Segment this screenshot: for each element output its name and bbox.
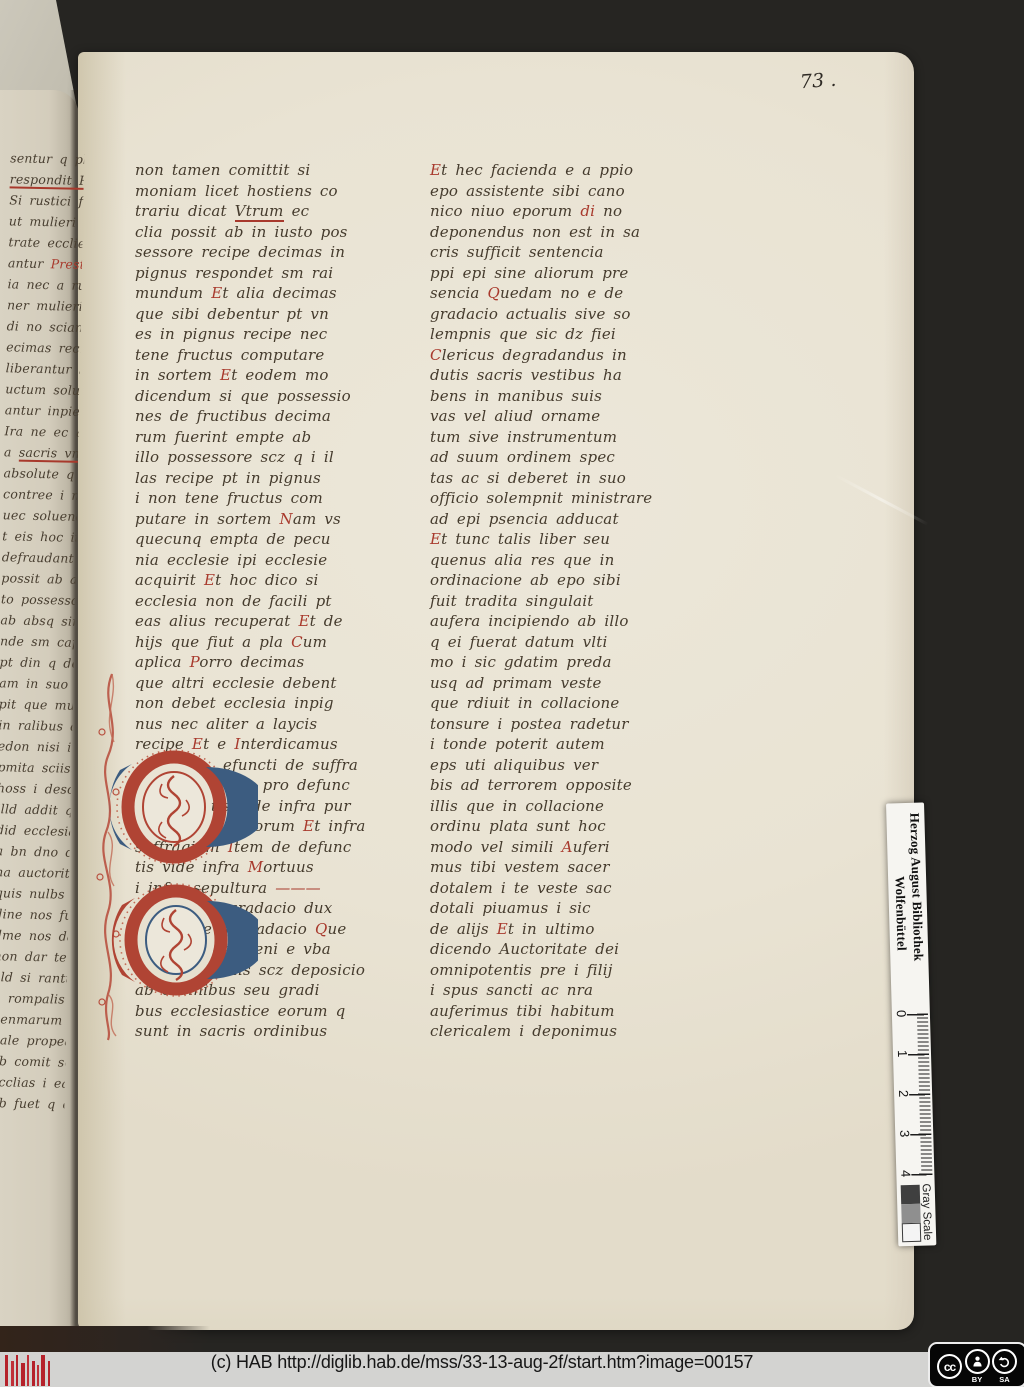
manuscript-line: tene fructus computare [135, 345, 415, 366]
manuscript-line: in sortem Et eodem mo [135, 365, 415, 386]
manuscript-line: bens in manibus suis [430, 386, 720, 407]
manuscript-line: dicendo Auctoritate dei [430, 939, 720, 960]
manuscript-line: uec soluendo nisi [2, 504, 76, 527]
manuscript-line: ner mulieribus ou [7, 294, 81, 317]
manuscript-line: nia ecclesie ipi ecclesie [135, 550, 415, 571]
margin-filigree-decoration [97, 674, 119, 1040]
manuscript-line: denmarum tue si [0, 1008, 66, 1031]
manuscript-line: clia possit ab in iusto pos [135, 222, 415, 243]
gray-scale-swatch-dark [901, 1185, 921, 1205]
manuscript-line: deponendus non est in sa [430, 222, 720, 243]
manuscript-line: eps uti aliquibus ver [430, 755, 720, 776]
gray-scale-swatch-mid [901, 1204, 921, 1224]
manuscript-line: lempnis que sic dz fiei [430, 324, 720, 345]
manuscript-line: ia nec a rusticis [7, 273, 81, 296]
manuscript-line: que sibi debentur pt vn [135, 304, 415, 325]
manuscript-line: i non tene fructus com [135, 488, 415, 509]
manuscript-line: Et hec facienda e a ppio [430, 160, 720, 181]
manuscript-line: illd addit q ss [0, 798, 71, 821]
manuscript-line: absolute q rusti [3, 462, 77, 485]
manuscript-line: Et tunc talis liber seu [430, 529, 720, 550]
manuscript-line: Clericus degradandus in [430, 345, 720, 366]
manuscript-line: tonsure i postea radetur [430, 714, 720, 735]
manuscript-line: rum fuerint empte ab [135, 427, 415, 448]
manuscript-line: sencia Quedam no e de [430, 283, 720, 304]
cc-by-icon [965, 1349, 990, 1374]
copyright-text: (c) HAB http://diglib.hab.de/mss/33-13-a… [0, 1352, 964, 1387]
cc-sa-icon [992, 1349, 1017, 1374]
manuscript-line: t eis hoc ita et [2, 525, 76, 548]
footer-bar: (c) HAB http://diglib.hab.de/mss/33-13-a… [0, 1352, 1024, 1387]
manuscript-line: mo i sic gdatim preda [430, 652, 720, 673]
manuscript-line: hoss i descindit [0, 777, 71, 800]
manuscript-line: respondit Raymu [10, 168, 84, 191]
manuscript-line: nde sm capitulum [0, 630, 74, 653]
manuscript-line: quis nulbs sue [0, 882, 69, 905]
manuscript-line: mus tibi vestem sacer [430, 857, 720, 878]
binding-shadow [0, 1326, 210, 1352]
manuscript-line: epo assistente sibi cano [430, 181, 720, 202]
manuscript-line: in ralibus dz [0, 714, 73, 737]
manuscript-line: q ei fuerat datum vlti [430, 632, 720, 653]
manuscript-line: es in pignus recipe nec [135, 324, 415, 345]
manuscript-line: clericalem i deponimus [430, 1021, 720, 1042]
manuscript-line: officio solempnit ministrare [430, 488, 720, 509]
ruler-number: 4 [898, 1166, 913, 1181]
manuscript-line: sentur q plurim [10, 147, 84, 170]
manuscript-line: vas vel aliud orname [430, 406, 720, 427]
manuscript-line: edon nisi i de ill [0, 735, 72, 758]
manuscript-line: dine nos fue q [0, 903, 69, 926]
manuscript-line: ordinacione ab epo sibi [430, 570, 720, 591]
manuscript-line: antur Prestim [8, 252, 82, 275]
manuscript-line: ecimas recipiun [6, 336, 80, 359]
manuscript-line: modo vel simili Auferi [430, 837, 720, 858]
manuscript-line: ecclesia non de facili pt [135, 591, 415, 612]
manuscript-line: sessore recipe decimas in [135, 242, 415, 263]
manuscript-line: i spus sancti ac nra [430, 980, 720, 1001]
manuscript-line: hijs que fiut a pla Cum [135, 632, 415, 653]
manuscript-line: dotalem i te veste sac [430, 878, 720, 899]
manuscript-line: i tonde poterit autem [430, 734, 720, 755]
manuscript-line: Ira ne ec q no [4, 420, 78, 443]
manuscript-line: defraudant hijs [2, 546, 76, 569]
ruler-number: 2 [896, 1086, 911, 1101]
initial-d-second [112, 884, 258, 996]
manuscript-line: de alijs Et in ultimo [430, 919, 720, 940]
manuscript-line: ab comit sonl [0, 1050, 65, 1073]
manuscript-line: gradacio actualis sive so [430, 304, 720, 325]
ruler-number: 0 [894, 1006, 909, 1021]
cc-license-badge: cc BY SA [928, 1342, 1024, 1387]
manuscript-line: did ecclesia were [0, 819, 70, 842]
manuscript-line: que rdiuit in collacione [430, 693, 720, 714]
manuscript-line: dotali piuamus i sic [430, 898, 720, 919]
manuscript-line: tas ac si deberet in suo [430, 468, 720, 489]
manuscript-line: ad epi psencia adducat [430, 509, 720, 530]
manuscript-line: trariu dicat Vtrum ec [135, 201, 415, 222]
manuscript-line: ald si rantum co [0, 966, 67, 989]
manuscript-line: aufera incipiendo ab illo [430, 611, 720, 632]
manuscript-line: mundum Et alia decimas [135, 283, 415, 304]
manuscript-line: bis ad terrorem opposite [430, 775, 720, 796]
manuscript-line: tum sive instrumentum [430, 427, 720, 448]
manuscript-line: quecunq empta de pecu [135, 529, 415, 550]
manuscript-line: lib fuet q codt [0, 1092, 65, 1115]
manuscript-line: ad suum ordinem spec [430, 447, 720, 468]
illuminated-initials [88, 672, 258, 1042]
manuscript-line: pt din q decima [0, 651, 74, 674]
manuscript-line: ecclias i eadem [0, 1071, 65, 1094]
manuscript-line: non tamen comittit si [135, 160, 415, 181]
manuscript-line: trate ecclie usq [8, 231, 82, 254]
manuscript-line: liberantur Si rou [6, 357, 80, 380]
manuscript-line: auferimus tibi habitum [430, 1001, 720, 1022]
manuscript-line: Si rustici fuit ul [9, 189, 83, 212]
library-name-label: Herzog August Bibliothek Wolfenbüttel [888, 813, 928, 1014]
manuscript-line: omnipotentis pre i filij [430, 960, 720, 981]
manuscript-line: nico niuo eporum di no [430, 201, 720, 222]
manuscript-line: n rompalis q si [0, 987, 67, 1010]
text-column-right: Et hec facienda e a ppioepo assistente s… [430, 160, 720, 1042]
manuscript-line: pmita sciistim [0, 756, 72, 779]
manuscript-line: uctum solucione [5, 378, 79, 401]
manuscript-line: na auctoritas q [0, 861, 69, 884]
manuscript-line: usq ad primam veste [430, 673, 720, 694]
manuscript-line: illis que in collacione [430, 796, 720, 817]
initial-d-first [109, 750, 258, 864]
manuscript-line: las recipe pt in pignus [135, 468, 415, 489]
digitized-manuscript-scan: { "page": { "folio_number": "73 ." }, "m… [0, 0, 1024, 1387]
cc-logo-icon: cc [937, 1354, 962, 1379]
manuscript-line: dme nos dat temale [0, 924, 68, 947]
manuscript-line: ut mulieri licet t [9, 210, 83, 233]
gray-scale-swatch-light [902, 1223, 922, 1243]
manuscript-line: putare in sortem Nam vs [135, 509, 415, 530]
ruler-numbers: 01234 [886, 802, 924, 803]
manuscript-line: dicendum si que possessio [135, 386, 415, 407]
ruler-number: 1 [895, 1046, 910, 1061]
manuscript-page: 73 . non tamen comittit simoniam licet h… [78, 52, 914, 1330]
manuscript-line: pignus respondet sm rai [135, 263, 415, 284]
manuscript-line: to possessore rec [1, 588, 75, 611]
manuscript-line: dutis sacris vestibus ha [430, 365, 720, 386]
folio-number: 73 . [799, 69, 837, 93]
manuscript-line: contree i no pena [3, 483, 77, 506]
manuscript-line: ppi epi sine aliorum pre [430, 263, 720, 284]
manuscript-line: moniam licet hostiens co [135, 181, 415, 202]
manuscript-line: eas alius recuperat Et de [135, 611, 415, 632]
manuscript-line: illo possessore scz q i il [135, 447, 415, 468]
page-crease-highlight [833, 473, 928, 525]
manuscript-line: nes de fructibus decima [135, 406, 415, 427]
manuscript-line: cris sufficit sentencia [430, 242, 720, 263]
ruler-number: 3 [897, 1126, 912, 1141]
manuscript-line: quenus alia res que in [430, 550, 720, 571]
manuscript-line: possit ab aliquo [1, 567, 75, 590]
cc-by-label: BY [972, 1375, 982, 1384]
manuscript-line: di no sciant q d [6, 315, 80, 338]
manuscript-line: am in suo autor [0, 672, 73, 695]
manuscript-line: antur inpie xxi [5, 399, 79, 422]
manuscript-line: non dar temale [0, 945, 68, 968]
manuscript-line: uale propeal [0, 1029, 66, 1052]
manuscript-line: ab absq simonia [0, 609, 74, 632]
manuscript-line: pit que multam [0, 693, 73, 716]
manuscript-line: fuit tradita singulait [430, 591, 720, 612]
manuscript-line: ordinu plata sunt hoc [430, 816, 720, 837]
cc-sa-label: SA [999, 1375, 1009, 1384]
manuscript-line: acquirit Et hoc dico si [135, 570, 415, 591]
gray-scale-label: Gray Scale [920, 1183, 934, 1247]
manuscript-line: a bn dno decimas ul [0, 840, 70, 863]
manuscript-line: a sacris vnlbs u [4, 441, 78, 464]
manuscript-line: aplica Porro decimas [135, 652, 415, 673]
